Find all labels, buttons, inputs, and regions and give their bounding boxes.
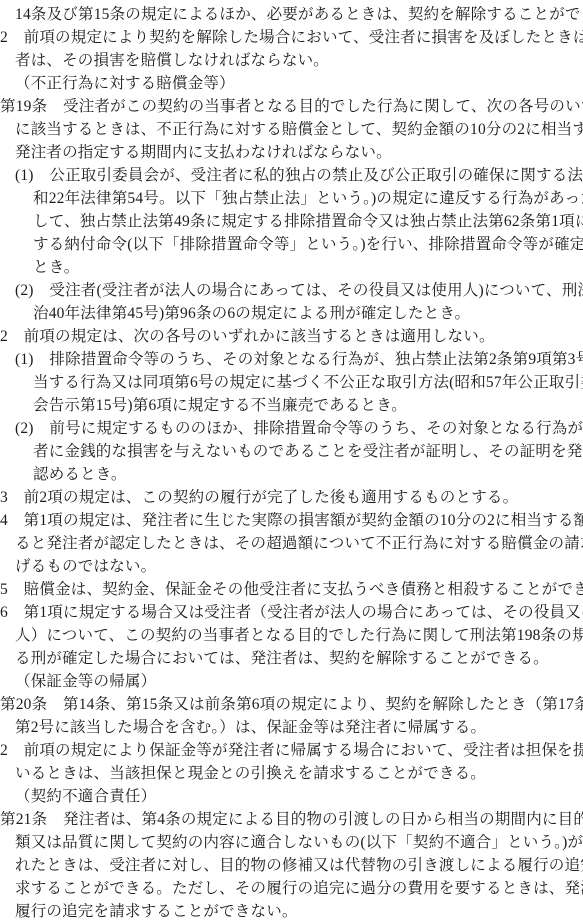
text-line: 求することができる。ただし、その履行の追完に過分の費用を要するときは、発注者は [0,877,583,900]
text-line: 6 第1項に規定する場合又は受注者（受注者が法人の場合にあっては、その役員又は使… [0,601,583,624]
text-line: 第2号に該当した場合を含む。）は、保証金等は発注者に帰属する。 [0,716,583,739]
text-line: 第19条 受注者がこの契約の当事者となる目的でした行為に関して、次の各号のいずれ… [0,95,583,118]
text-line: (2) 受注者(受注者が法人の場合にあっては、その役員又は使用人)について、刑法… [0,279,583,302]
text-line: れたときは、受注者に対し、目的物の修補又は代替物の引き渡しによる履行の追完を請 [0,854,583,877]
text-line: 類又は品質に関して契約の内容に適合しないもの(以下「契約不適合」という。)が認め… [0,831,583,854]
text-line: 3 前2項の規定は、この契約の履行が完了した後も適用するものとする。 [0,486,583,509]
text-line: 2 前項の規定により保証金等が発注者に帰属する場合において、受注者は担保を提供し… [0,739,583,762]
text-line: （契約不適合責任） [0,785,583,808]
text-line: （不正行為に対する賠償金等） [0,72,583,95]
text-line: に該当するときは、不正行為に対する賠償金として、契約金額の10分の2に相当する額… [0,118,583,141]
text-line: とき。 [0,256,583,279]
text-line: 発注者の指定する期間内に支払わなければならない。 [0,141,583,164]
text-line: 2 前項の規定は、次の各号のいずれかに該当するときは適用しない。 [0,325,583,348]
text-line: いるときは、当該担保と現金との引換えを請求することができる。 [0,762,583,785]
document-page: 14条及び第15条の規定によるほか、必要があるときは、契約を解除することができる… [0,0,583,921]
text-line: 履行の追完を請求することができない。 [0,900,583,921]
text-line: 4 第1項の規定は、発注者に生じた実際の損害額が契約金額の10分の2に相当する額… [0,509,583,532]
text-line: 認めるとき。 [0,463,583,486]
text-line: 第20条 第14条、第15条又は前条第6項の規定により、契約を解除したとき（第1… [0,693,583,716]
text-line: 人）について、この契約の当事者となる目的でした行為に関して刑法第198条の規定に… [0,624,583,647]
text-line: 2 前項の規定により契約を解除した場合において、受注者に損害を及ぼしたときは、発… [0,26,583,49]
text-line: 当する行為又は同項第6号の規定に基づく不公正な取引方法(昭和57年公正取引委員 [0,371,583,394]
text-line: 第21条 発注者は、第4条の規定による目的物の引渡しの日から相当の期間内に目的物… [0,808,583,831]
text-line: げるものではない。 [0,555,583,578]
text-line: (1) 公正取引委員会が、受注者に私的独占の禁止及び公正取引の確保に関する法律(… [0,164,583,187]
text-line: 者に金銭的な損害を与えないものであることを受注者が証明し、その証明を発注者が [0,440,583,463]
text-line: 会告示第15号)第6項に規定する不当廉売であるとき。 [0,394,583,417]
text-line: (1) 排除措置命令等のうち、その対象となる行為が、独占禁止法第2条第9項第3号… [0,348,583,371]
text-line: 和22年法律第54号。以下「独占禁止法」という。)の規定に違反する行為があったと [0,187,583,210]
text-line: 治40年法律第45号)第96条の6の規定による刑が確定したとき。 [0,302,583,325]
text-line: して、独占禁止法第49条に規定する排除措置命令又は独占禁止法第62条第1項に規定 [0,210,583,233]
text-line: ると発注者が認定したときは、その超過額について不正行為に対する賠償金の請求を妨 [0,532,583,555]
document-body: 14条及び第15条の規定によるほか、必要があるときは、契約を解除することができる… [0,3,583,921]
text-line: する納付命令(以下「排除措置命令等」という。)を行い、排除措置命令等が確定した [0,233,583,256]
text-line: 者は、その損害を賠償しなければならない。 [0,49,583,72]
text-line: 5 賠償金は、契約金、保証金その他受注者に支払うべき債務と相殺することができる。 [0,578,583,601]
text-line: (2) 前号に規定するもののほか、排除措置命令等のうち、その対象となる行為が、発… [0,417,583,440]
text-line: 14条及び第15条の規定によるほか、必要があるときは、契約を解除することができる… [0,3,583,26]
text-line: る刑が確定した場合においては、発注者は、契約を解除することができる。 [0,647,583,670]
text-line: （保証金等の帰属） [0,670,583,693]
